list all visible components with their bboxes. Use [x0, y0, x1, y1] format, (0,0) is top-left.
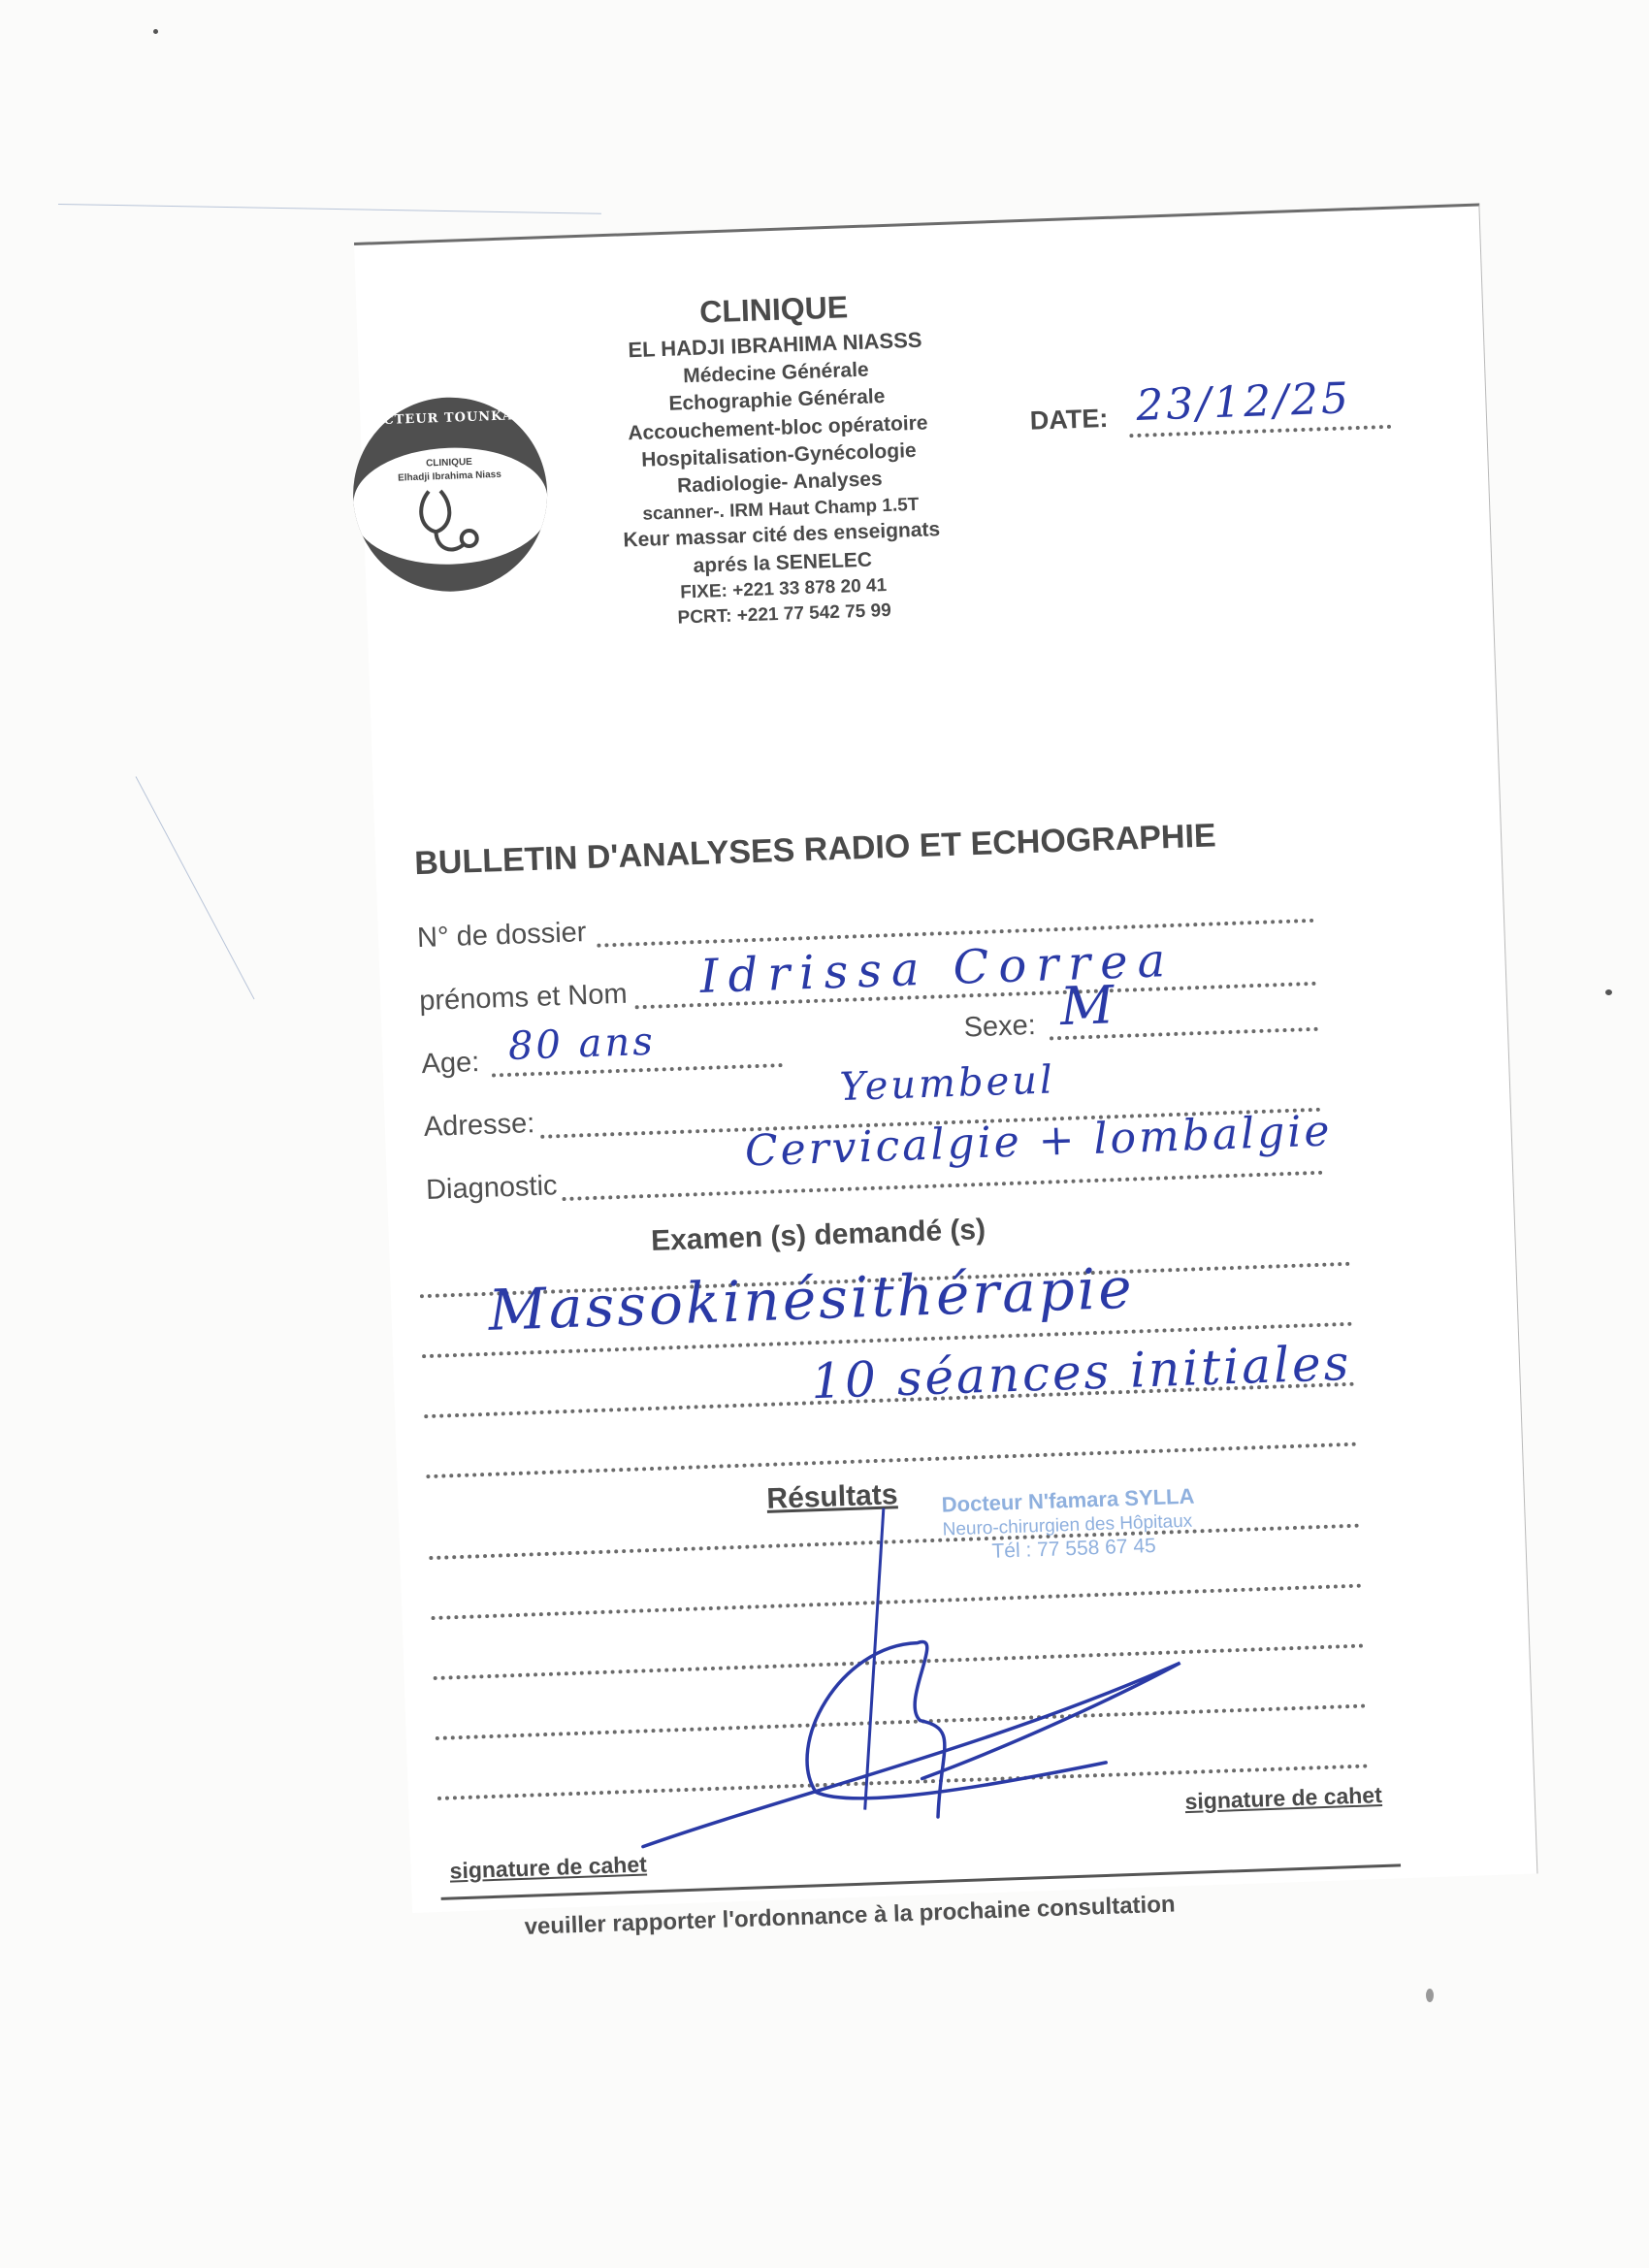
scan-speck: [153, 29, 158, 34]
exam-value-2[interactable]: 10 séances initiales: [810, 1335, 1352, 1409]
form-sheet: DOCTEUR TOUNKARA CLINIQUE Elhadji Ibrahi…: [354, 203, 1537, 1912]
diagnostic-value[interactable]: Cervicalgie + lombalgie: [744, 1106, 1333, 1176]
scan-stroke: [136, 776, 255, 999]
exam-line[interactable]: [426, 1442, 1357, 1479]
date-label: DATE:: [1029, 404, 1109, 437]
signature-scribble: [593, 1485, 1283, 1858]
age-value[interactable]: 80 ans: [507, 1020, 656, 1069]
name-label: prénoms et Nom: [419, 979, 628, 1018]
exams-title: Examen (s) demandé (s): [651, 1214, 986, 1258]
signature-label-left: signature de cahet: [449, 1851, 647, 1884]
scan-speck: [1426, 1989, 1434, 2002]
scan-stroke: [58, 204, 601, 214]
clinic-header: CLINIQUE EL HADJI IBRAHIMA NIASSS Médeci…: [501, 279, 1056, 636]
adresse-label: Adresse:: [423, 1108, 535, 1144]
sexe-value[interactable]: M: [1059, 974, 1117, 1037]
footer-note: veuiller rapporter l'ordonnance à la pro…: [524, 1892, 1176, 1941]
diagnostic-label: Diagnostic: [426, 1170, 558, 1207]
date-value[interactable]: 23/12/25: [1135, 373, 1351, 431]
diagnostic-dots: [562, 1171, 1323, 1201]
form-title: BULLETIN D'ANALYSES RADIO ET ECHOGRAPHIE: [414, 817, 1217, 883]
signature-label-right: signature de cahet: [1184, 1782, 1382, 1815]
exam-value-1[interactable]: Massokinésithérapie: [487, 1255, 1135, 1344]
adresse-value[interactable]: Yeumbeul: [839, 1057, 1056, 1110]
dossier-label: N° de dossier: [417, 917, 587, 955]
scan-speck: [1605, 989, 1612, 995]
stethoscope-icon: [411, 483, 492, 564]
age-label: Age:: [421, 1047, 480, 1081]
sexe-label: Sexe:: [963, 1010, 1036, 1045]
